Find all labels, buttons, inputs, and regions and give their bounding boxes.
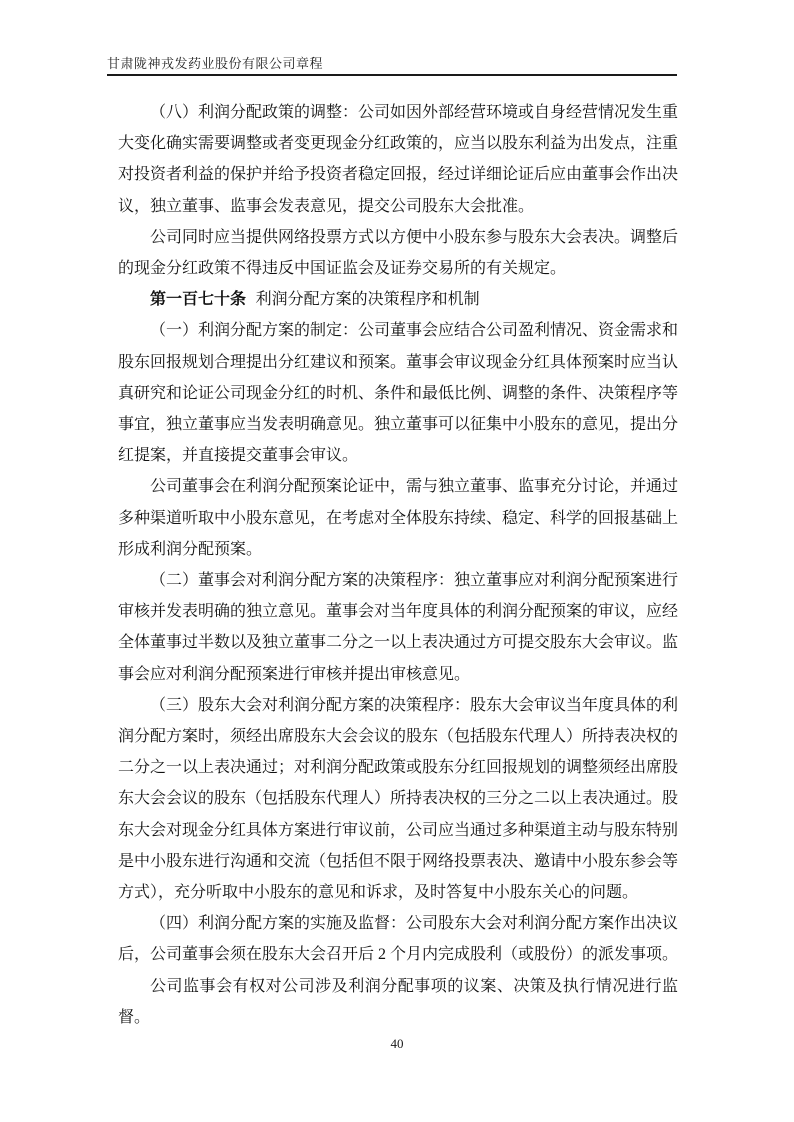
paragraph-supervisory-board-right: 公司监事会有权对公司涉及利润分配事项的议案、决策及执行情况进行监督。 (118, 971, 678, 1033)
document-title: 甘肃陇神戎发药业股份有限公司章程 (107, 56, 323, 71)
page-header: 甘肃陇神戎发药业股份有限公司章程 (107, 53, 677, 72)
paragraph-online-voting: 公司同时应当提供网络投票方式以方便中小股东参与股东大会表决。调整后的现金分红政策… (118, 222, 678, 284)
article-number: 第一百七十条 (150, 291, 246, 308)
paragraph-shareholder-meeting-procedure: （三）股东大会对利润分配方案的决策程序：股东大会审议当年度具体的利润分配方案时，… (118, 690, 678, 908)
paragraph-board-discussion: 公司董事会在利润分配预案论证中，需与独立董事、监事充分讨论，并通过多种渠道听取中… (118, 471, 678, 565)
page-footer: 40 (0, 1036, 794, 1052)
paragraph-board-procedure: （二）董事会对利润分配方案的决策程序：独立董事应对利润分配预案进行审核并发表明确… (118, 565, 678, 690)
paragraph-implementation-supervision: （四）利润分配方案的实施及监督：公司股东大会对利润分配方案作出决议后，公司董事会… (118, 908, 678, 970)
page-number: 40 (391, 1036, 404, 1051)
header-rule (107, 74, 677, 76)
paragraph-plan-formulation: （一）利润分配方案的制定：公司董事会应结合公司盈利情况、资金需求和股东回报规划合… (118, 315, 678, 471)
document-page: 甘肃陇神戎发药业股份有限公司章程 （八）利润分配政策的调整：公司如因外部经营环境… (0, 0, 794, 1122)
paragraph-policy-adjustment: （八）利润分配政策的调整：公司如因外部经营环境或自身经营情况发生重大变化确实需要… (118, 97, 678, 222)
document-body: （八）利润分配政策的调整：公司如因外部经营环境或自身经营情况发生重大变化确实需要… (118, 97, 678, 1033)
article-heading: 第一百七十条利润分配方案的决策程序和机制 (118, 284, 678, 315)
article-title: 利润分配方案的决策程序和机制 (256, 291, 480, 308)
